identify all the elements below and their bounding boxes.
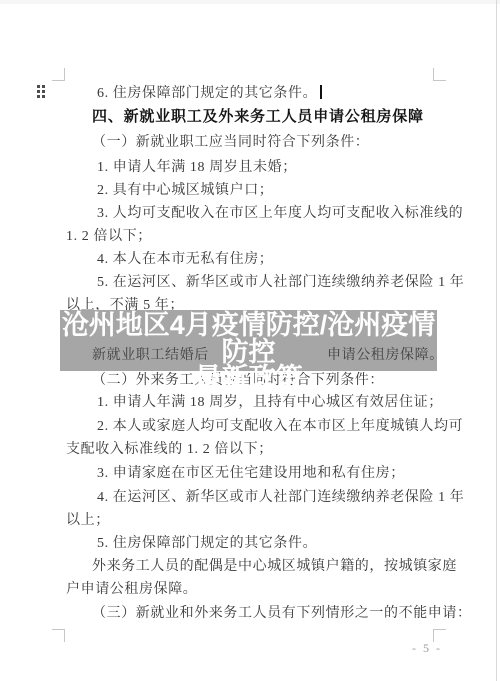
watermark-title: 沧州地区4月疫情防控/沧州疫情防控 最新政策 bbox=[60, 312, 437, 392]
viewport-top-edge bbox=[0, 0, 500, 4]
doc-line: 户申请公租房保障。 bbox=[66, 582, 197, 597]
drag-handle-icon[interactable] bbox=[37, 85, 45, 98]
print-corner-mark-top-left bbox=[52, 68, 65, 81]
watermark-title-line1: 沧州地区4月疫情防控/沧州疫情防控 bbox=[62, 310, 436, 367]
doc-line: 3. 人均可支配收入在市区上年度人均可支配收入标准线的 bbox=[97, 206, 463, 221]
doc-line: 支配收入标准线的 1. 2 倍以下； bbox=[66, 442, 273, 457]
print-corner-mark-top-right bbox=[433, 68, 446, 81]
watermark-banner: 新就业职工结婚后 申请公租房保障。 沧州地区4月疫情防控/沧州疫情防控 最新政策 bbox=[60, 310, 437, 371]
doc-line: （一）新就业职工应当同时符合下列条件： bbox=[92, 135, 369, 150]
doc-line: 6. 住房保障部门规定的其它条件。 bbox=[97, 85, 322, 101]
page-right-edge bbox=[496, 0, 497, 681]
doc-line: 5. 住房保障部门规定的其它条件。 bbox=[97, 536, 317, 551]
doc-line: 2. 具有中心城区城镇户口； bbox=[97, 183, 273, 198]
doc-line: （三）新就业和外来务工人员有下列情形之一的不能申请： bbox=[92, 606, 472, 621]
print-corner-mark-bottom-left bbox=[52, 629, 65, 642]
doc-line: 2. 本人或家庭人均可支配收入在本市区上年度城镇人均可 bbox=[97, 419, 463, 434]
doc-line: 3. 申请家庭在市区无住宅建设用地和私有住房； bbox=[97, 466, 405, 481]
doc-line: 以上； bbox=[66, 513, 110, 528]
document-page: { "banner": { "line1": "沧州地区4月疫情防控/沧州疫情防… bbox=[0, 0, 500, 681]
doc-line: 1. 申请人年满 18 周岁，且持有中心城区有效居住证； bbox=[97, 395, 443, 410]
section-heading: 四、新就业职工及外来务工人员申请公租房保障 bbox=[92, 109, 424, 124]
doc-line: 4. 本人在本市无私有住房； bbox=[97, 252, 273, 267]
doc-line: 5. 在运河区、新华区或市人社部门连续缴纳养老保险 1 年 bbox=[97, 275, 464, 290]
doc-line: 1. 2 倍以下； bbox=[66, 229, 152, 244]
text-cursor bbox=[320, 85, 322, 99]
doc-line: 外来务工人员的配偶是中心城区城镇户籍的，按城镇家庭 bbox=[92, 559, 457, 574]
watermark-title-line2: 最新政策 bbox=[60, 365, 437, 392]
doc-line-text: 6. 住房保障部门规定的其它条件。 bbox=[97, 86, 317, 101]
page-number: - 5 - bbox=[412, 641, 442, 656]
doc-line: 4. 在运河区、新华区或市人社部门连续缴纳养老保险 1 年 bbox=[97, 490, 464, 505]
doc-line: 1. 申请人年满 18 周岁且未婚； bbox=[97, 160, 297, 175]
